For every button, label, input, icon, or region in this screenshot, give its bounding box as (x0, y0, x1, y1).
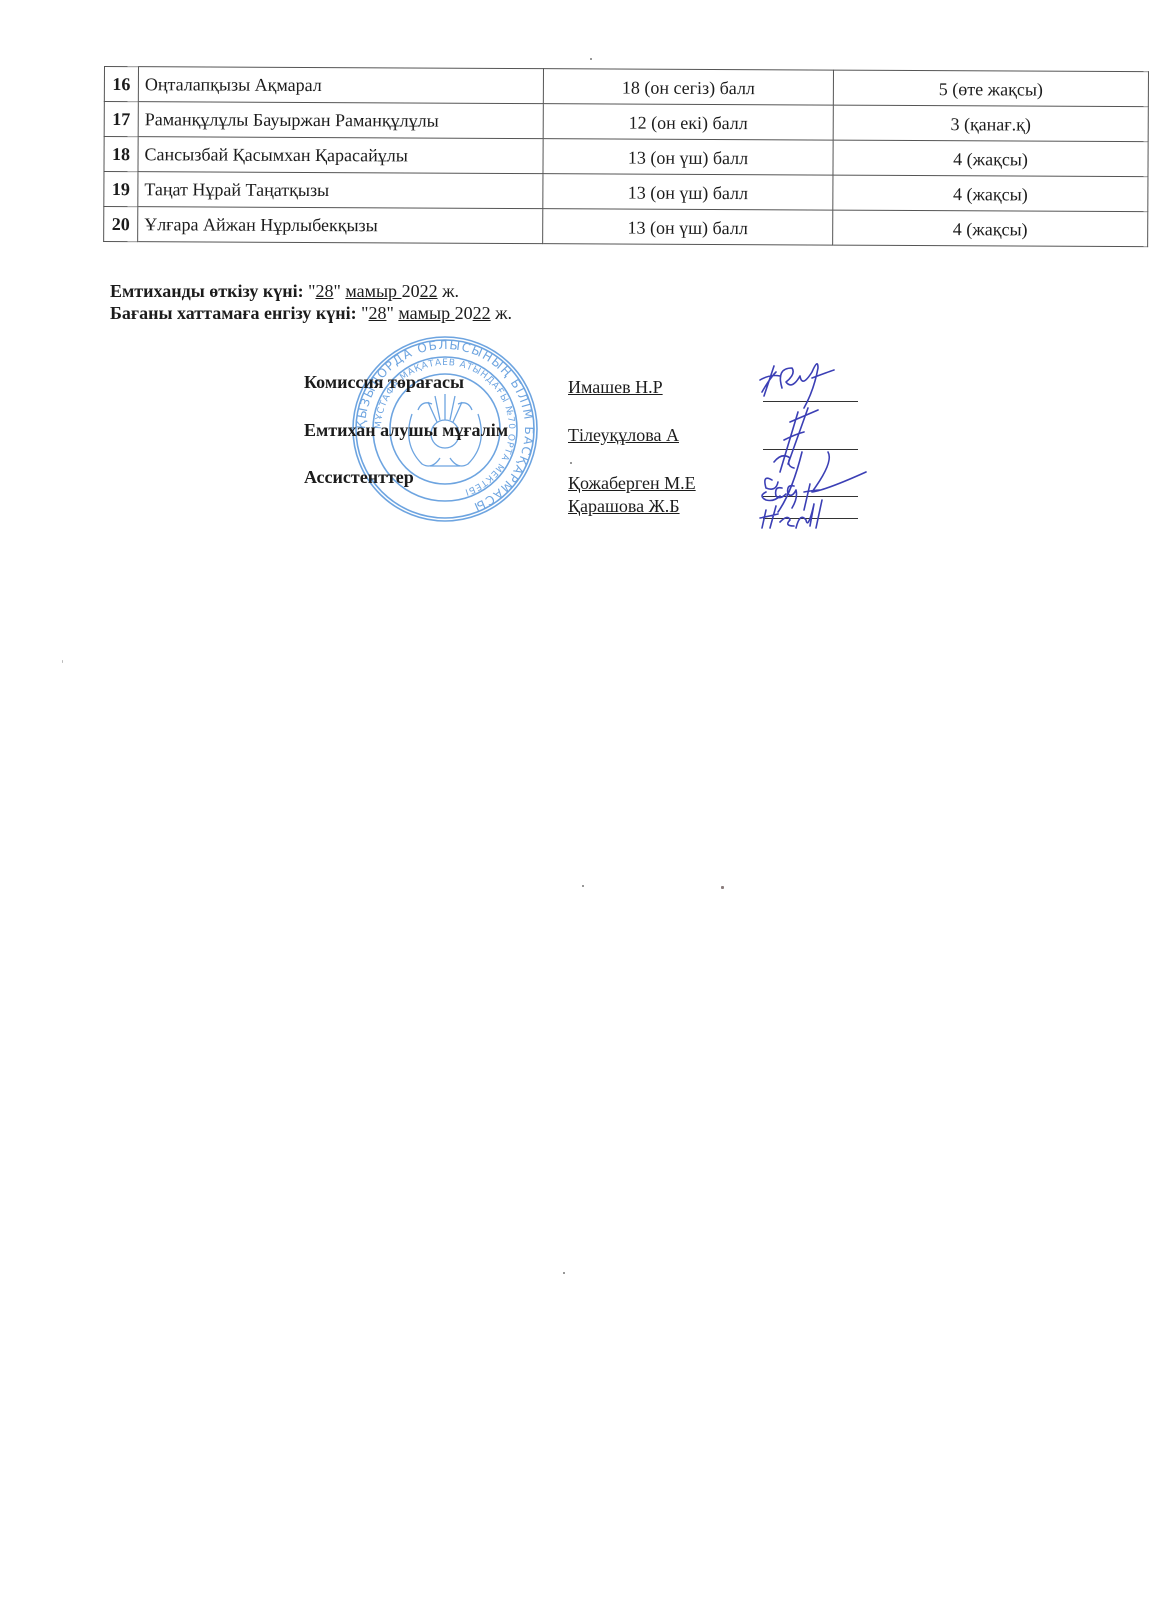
scan-speck (570, 462, 572, 464)
teacher-name: Тілеуқұлова А (568, 425, 679, 446)
student-name: Оңталапқызы Ақмарал (138, 67, 543, 104)
table-row: 18Сансызбай Қасымхан Қарасайұлы13 (он үш… (104, 137, 1148, 177)
protocol-date: Бағаны хаттамаға енгізу күні: "28" мамыр… (110, 302, 512, 324)
score-cell: 18 (он сегіз) балл (543, 69, 833, 105)
score-cell: 12 (он екі) балл (543, 104, 833, 140)
scan-speck (582, 885, 584, 887)
scan-speck (62, 660, 63, 663)
scan-speck (590, 58, 592, 60)
table-row: 17Раманқұлұлы Бауыржан Раманқұлұлы12 (он… (104, 102, 1148, 142)
student-name: Раманқұлұлы Бауыржан Раманқұлұлы (138, 102, 543, 139)
grade-cell: 4 (жақсы) (833, 175, 1148, 212)
score-cell: 13 (он үш) балл (543, 139, 833, 175)
table-row: 20Ұлғара Айжан Нұрлыбекқызы13 (он үш) ба… (104, 207, 1148, 247)
grade-cell: 5 (өте жақсы) (833, 70, 1148, 107)
row-number: 18 (104, 137, 138, 172)
assistant-name-2: Қарашова Ж.Б (568, 496, 680, 517)
grades-table: 16Оңталапқызы Ақмарал18 (он сегіз) балл5… (103, 66, 1149, 247)
exam-date: Емтиханды өткізу күні: "28" мамыр 2022 ж… (110, 280, 512, 302)
teacher-role: Емтихан алушы мұғалім (304, 420, 508, 441)
row-number: 20 (104, 207, 138, 242)
grade-cell: 4 (жақсы) (833, 210, 1148, 247)
dates-block: Емтиханды өткізу күні: "28" мамыр 2022 ж… (110, 280, 512, 324)
student-name: Сансызбай Қасымхан Қарасайұлы (138, 137, 543, 174)
chair-role: Комиссия төрағасы (304, 372, 464, 393)
protocol-day: 28 (369, 303, 387, 323)
row-number: 16 (104, 67, 138, 102)
row-number: 19 (104, 172, 138, 207)
document-page: 16Оңталапқызы Ақмарал18 (он сегіз) балл5… (0, 0, 1163, 1600)
exam-day: 28 (315, 281, 333, 301)
score-cell: 13 (он үш) балл (543, 174, 833, 210)
row-number: 17 (104, 102, 138, 137)
table-row: 16Оңталапқызы Ақмарал18 (он сегіз) балл5… (104, 67, 1148, 107)
protocol-month: мамыр (398, 303, 454, 323)
protocol-date-label: Бағаны хаттамаға енгізу күні: (110, 303, 357, 323)
grade-cell: 4 (жақсы) (833, 140, 1148, 177)
scan-speck (721, 886, 724, 889)
scan-speck (563, 1272, 565, 1274)
score-cell: 13 (он үш) балл (543, 209, 833, 245)
exam-month: мамыр (345, 281, 401, 301)
grade-cell: 3 (қанағ.қ) (833, 105, 1148, 142)
exam-date-label: Емтиханды өткізу күні: (110, 281, 304, 301)
student-name: Таңат Нұрай Таңатқызы (138, 172, 543, 209)
assistants-role: Ассистенттер (304, 467, 414, 488)
handwritten-signatures (752, 352, 882, 532)
student-name: Ұлғара Айжан Нұрлыбекқызы (138, 207, 543, 244)
table-row: 19Таңат Нұрай Таңатқызы13 (он үш) балл4 … (104, 172, 1148, 212)
chair-name: Имашев Н.Р (568, 377, 663, 398)
assistant-name-1: Қожаберген М.Е (568, 473, 696, 494)
